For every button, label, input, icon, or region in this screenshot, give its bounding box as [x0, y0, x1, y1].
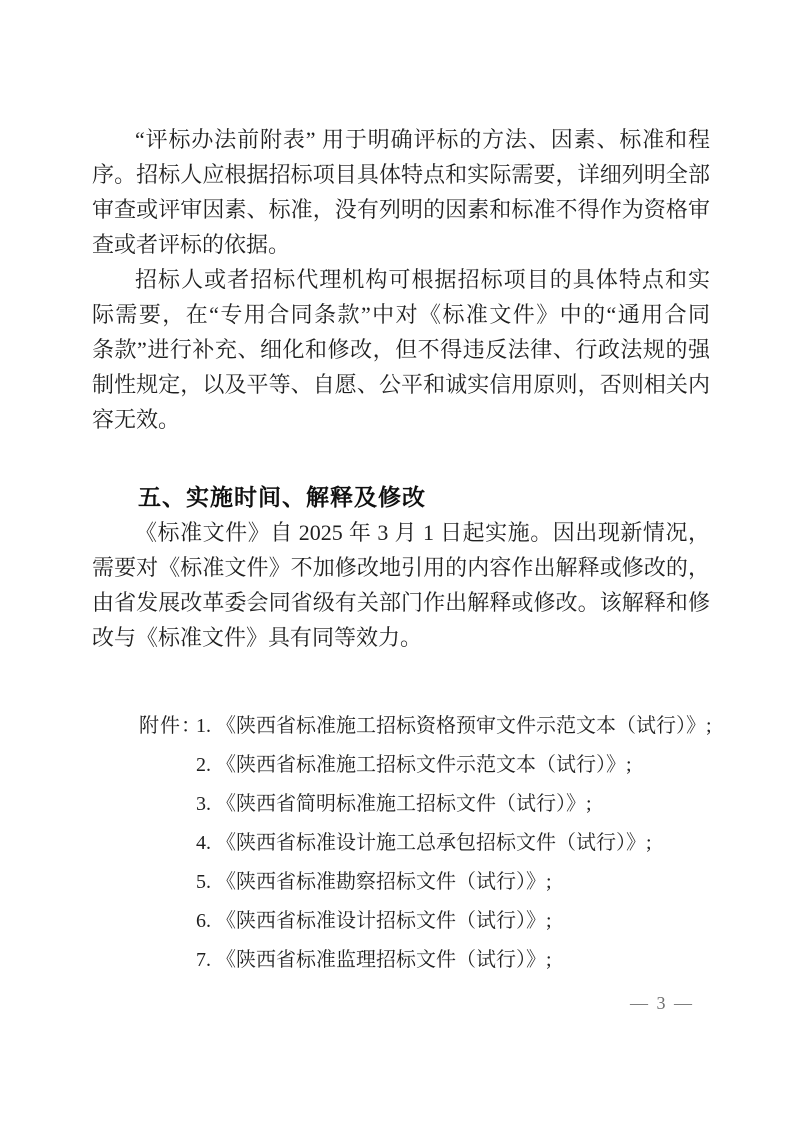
text-line: 《标准文件》自 2025 年 3 月 1 日起实施。因出现新情况， — [92, 515, 710, 550]
attachment-item: 3. 《陕西省简明标准施工招标文件（试行）》; — [92, 785, 710, 824]
attachment-item: 2. 《陕西省标准施工招标文件示范文本（试行）》; — [92, 746, 710, 785]
attachment-item-text: 6. 《陕西省标准设计招标文件（试行）》; — [196, 910, 552, 932]
attachment-list: 附件：1. 《陕西省标准施工招标资格预审文件示范文本（试行）》; 2. 《陕西省… — [92, 707, 710, 980]
text-line: 由省发展改革委会同省级有关部门作出解释或修改。该解释和修 — [92, 585, 710, 620]
text-line: 序。招标人应根据招标项目具体特点和实际需要，详细列明全部 — [92, 157, 710, 192]
text-line: 条款”进行补充、细化和修改，但不得违反法律、行政法规的强 — [92, 332, 710, 367]
paragraph-contract-terms: 招标人或者招标代理机构可根据招标项目的具体特点和实 际需要，在“专用合同条款”中… — [92, 262, 710, 437]
attachment-item-text: 4. 《陕西省标准设计施工总承包招标文件（试行）》; — [196, 832, 652, 854]
text-line: 制性规定，以及平等、自愿、公平和诚实信用原则，否则相关内 — [92, 367, 710, 402]
document-body: “评标办法前附表” 用于明确评标的方法、因素、标准和程 序。招标人应根据招标项目… — [92, 122, 710, 980]
paragraph-evaluation-table: “评标办法前附表” 用于明确评标的方法、因素、标准和程 序。招标人应根据招标项目… — [92, 122, 710, 262]
attachment-item: 附件：1. 《陕西省标准施工招标资格预审文件示范文本（试行）》; — [92, 707, 710, 746]
text-line: 容无效。 — [92, 402, 710, 437]
text-line: 改与《标准文件》具有同等效力。 — [92, 620, 710, 655]
attachment-item-text: 7. 《陕西省标准监理招标文件（试行）》; — [196, 949, 552, 971]
text-line: “评标办法前附表” 用于明确评标的方法、因素、标准和程 — [92, 122, 710, 157]
section-heading-implementation: 五、实施时间、解释及修改 — [92, 480, 710, 515]
text-line: 查或者评标的依据。 — [92, 227, 710, 262]
attachment-item: 5. 《陕西省标准勘察招标文件（试行）》; — [92, 863, 710, 902]
text-line: 招标人或者招标代理机构可根据招标项目的具体特点和实 — [92, 262, 710, 297]
page-number: — 3 — — [630, 993, 694, 1014]
text-line: 审查或评审因素、标准，没有列明的因素和标准不得作为资格审 — [92, 192, 710, 227]
text-line: 需要对《标准文件》不加修改地引用的内容作出解释或修改的， — [92, 550, 710, 585]
document-page: “评标办法前附表” 用于明确评标的方法、因素、标准和程 序。招标人应根据招标项目… — [0, 0, 794, 1123]
attachment-label: 附件： — [139, 707, 196, 746]
text-line: 际需要，在“专用合同条款”中对《标准文件》中的“通用合同 — [92, 297, 710, 332]
attachment-item-text: 3. 《陕西省简明标准施工招标文件（试行）》; — [196, 793, 592, 815]
attachment-item-text: 5. 《陕西省标准勘察招标文件（试行）》; — [196, 871, 552, 893]
attachment-item: 4. 《陕西省标准设计施工总承包招标文件（试行）》; — [92, 824, 710, 863]
attachment-item-text: 2. 《陕西省标准施工招标文件示范文本（试行）》; — [196, 754, 632, 776]
attachment-item: 6. 《陕西省标准设计招标文件（试行）》; — [92, 902, 710, 941]
attachment-item: 7. 《陕西省标准监理招标文件（试行）》; — [92, 941, 710, 980]
paragraph-implementation-date: 《标准文件》自 2025 年 3 月 1 日起实施。因出现新情况， 需要对《标准… — [92, 515, 710, 655]
attachment-item-text: 1. 《陕西省标准施工招标资格预审文件示范文本（试行）》; — [196, 715, 712, 737]
